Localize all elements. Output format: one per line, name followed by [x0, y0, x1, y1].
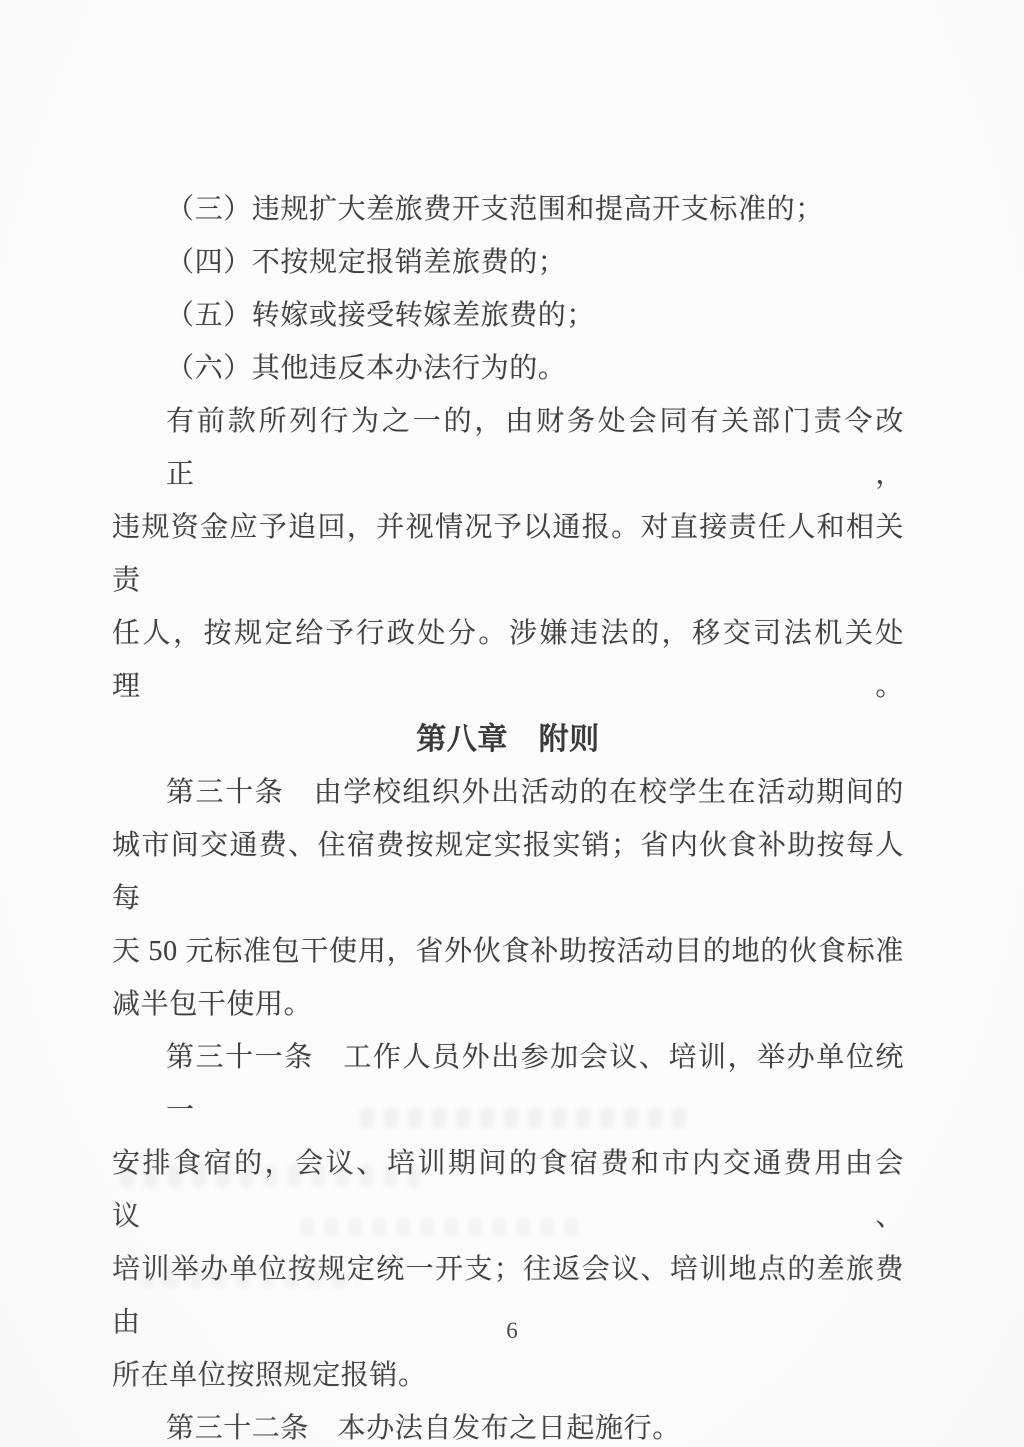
article-31-line-2: 安排食宿的，会议、培训期间的食宿费和市内交通费用由会议、: [112, 1137, 904, 1243]
article-30-line-2: 城市间交通费、住宿费按规定实报实销；省内伙食补助按每人每: [112, 819, 904, 925]
list-item-3: （三）违规扩大差旅费开支范围和提高开支标准的；: [112, 183, 904, 236]
scanned-document-page: （三）违规扩大差旅费开支范围和提高开支标准的； （四）不按规定报销差旅费的； （…: [0, 0, 1024, 1447]
list-item-6: （六）其他违反本办法行为的。: [112, 342, 904, 395]
document-body: （三）违规扩大差旅费开支范围和提高开支标准的； （四）不按规定报销差旅费的； （…: [112, 183, 904, 1447]
penalty-paragraph-line-3: 任人，按规定给予行政处分。涉嫌违法的，移交司法机关处理。: [112, 607, 904, 713]
article-32-line: 第三十二条 本办法自发布之日起施行。: [112, 1402, 904, 1447]
article-30-line-1: 第三十条 由学校组织外出活动的在校学生在活动期间的: [112, 766, 904, 819]
page-number: 6: [0, 1318, 1024, 1344]
penalty-paragraph-line-2: 违规资金应予追回，并视情况予以通报。对直接责任人和相关责: [112, 501, 904, 607]
chapter-8-heading: 第八章 附则: [112, 713, 904, 766]
penalty-paragraph-line-1: 有前款所列行为之一的，由财务处会同有关部门责令改正，: [112, 395, 904, 501]
article-30-line-4: 减半包干使用。: [112, 978, 904, 1031]
article-31-line-1: 第三十一条 工作人员外出参加会议、培训，举办单位统一: [112, 1031, 904, 1137]
list-item-5: （五）转嫁或接受转嫁差旅费的；: [112, 289, 904, 342]
list-item-4: （四）不按规定报销差旅费的；: [112, 236, 904, 289]
article-30-line-3: 天 50 元标准包干使用，省外伙食补助按活动目的地的伙食标准: [112, 925, 904, 978]
article-31-line-4: 所在单位按照规定报销。: [112, 1349, 904, 1402]
